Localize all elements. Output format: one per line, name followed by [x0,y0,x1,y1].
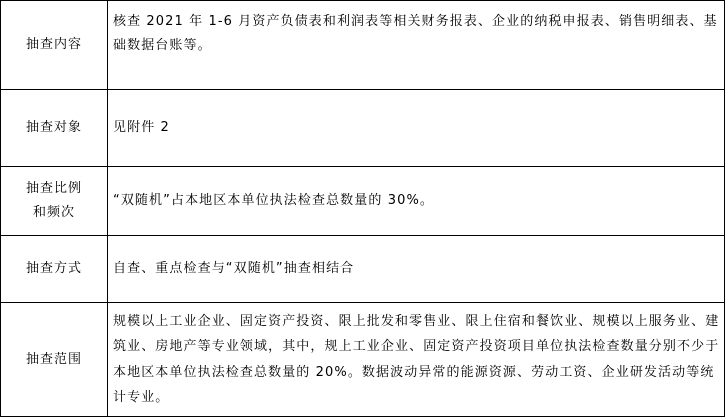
row-label-text: 抽查内容 [26,33,82,57]
table-row-method: 抽查方式 自查、重点检查与“双随机”抽查相结合 [1,236,725,303]
row-content: 见附件 2 [108,90,725,167]
row-label: 抽查方式 [1,236,108,303]
row-label: 抽查对象 [1,90,108,167]
row-content: 规模以上工业企业、固定资产投资、限上批发和零售业、限上住宿和餐饮业、规模以上服务… [108,303,725,417]
row-label-text: 抽查范围 [26,348,82,372]
row-content: 自查、重点检查与“双随机”抽查相结合 [108,236,725,303]
row-label-line-2: 和频次 [1,201,107,225]
row-label-text: 抽查对象 [26,116,82,140]
row-label: 抽查范围 [1,303,108,417]
row-label-line-1: 抽查比例 [1,177,107,201]
table-row-content: 抽查内容 核查 2021 年 1-6 月资产负债表和利润表等相关财务报表、企业的… [1,1,725,90]
row-label: 抽查内容 [1,1,108,90]
table-row-target: 抽查对象 见附件 2 [1,90,725,167]
row-content: 核查 2021 年 1-6 月资产负债表和利润表等相关财务报表、企业的纳税申报表… [108,1,725,90]
row-content: “双随机”占本地区本单位执法检查总数量的 30%。 [108,167,725,236]
inspection-table: 抽查内容 核查 2021 年 1-6 月资产负债表和利润表等相关财务报表、企业的… [0,0,725,417]
row-label: 抽查比例 和频次 [1,167,108,236]
table-row-ratio: 抽查比例 和频次 “双随机”占本地区本单位执法检查总数量的 30%。 [1,167,725,236]
row-label-text: 抽查方式 [26,257,82,281]
table-row-scope: 抽查范围 规模以上工业企业、固定资产投资、限上批发和零售业、限上住宿和餐饮业、规… [1,303,725,417]
